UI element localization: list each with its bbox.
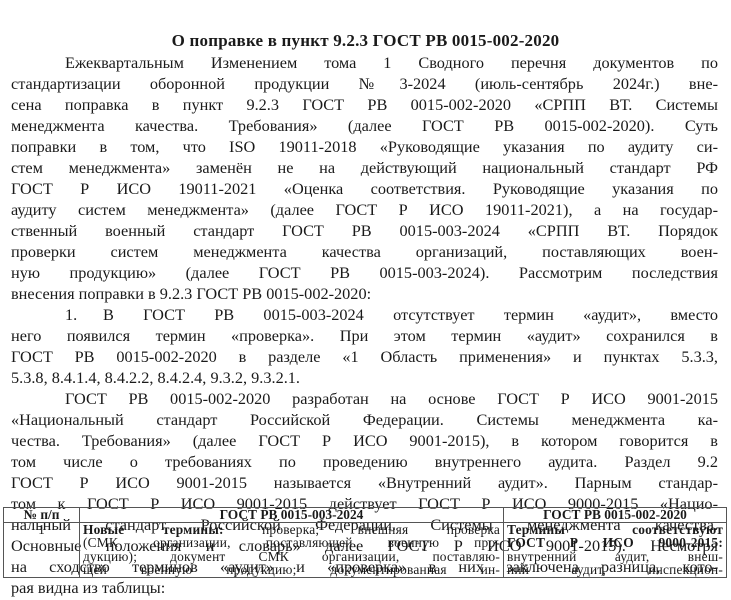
document-title: О поправке в пункт 9.2.3 ГОСТ РВ 0015-00…	[0, 31, 731, 51]
cell-line: Термины соответствуют	[507, 523, 723, 537]
cell-line: ний аудит, инспекцион-	[507, 563, 723, 577]
gost-003-cell: Новые термины: проверка; внешняя проверк…	[80, 522, 504, 577]
text-line: ную продукцию» (далее ГОСТ РВ 0015-003-2…	[11, 262, 718, 283]
text-line: менеджмента качества. Требования» (далее…	[11, 115, 718, 136]
gost-002-cell: Термины соответствуют ГОСТ Р ИСО 9000-20…	[504, 522, 727, 577]
cell-line: (СМК организации, поставляющей военную п…	[83, 536, 500, 550]
table-row: 1 Новые термины: проверка; внешняя прове…	[4, 522, 727, 577]
text-line: стандартизации оборонной продукции №3-20…	[11, 73, 718, 94]
text-line: 5.3.8, 8.4.1.4, 8.4.2.2, 8.4.2.4, 9.3.2,…	[11, 367, 718, 388]
document-page: О поправке в пункт 9.2.3 ГОСТ РВ 0015-00…	[0, 0, 731, 600]
text-line: ГОСТ Р ИСО 9001-2015 называется «Внутрен…	[11, 472, 718, 493]
text-line: Ежеквартальным Изменением тома 1 Сводног…	[11, 52, 718, 73]
header-number: № п/п	[4, 508, 80, 523]
cell-line: ГОСТ Р ИСО 9000-2015:	[507, 536, 723, 550]
text-line: ственный военный стандарт ГОСТ РВ 0015-0…	[11, 220, 718, 241]
text-line: него появился термин «проверка». При это…	[11, 325, 718, 346]
cell-line: Новые термины: проверка; внешняя проверк…	[83, 523, 500, 537]
text-line: чества. Требования» (далее ГОСТ Р ИСО 90…	[11, 430, 718, 451]
text-line: поправки в том, что ISO 19011-2018 «Руко…	[11, 136, 718, 157]
text-line: «Национальный стандарт Российской Федера…	[11, 409, 718, 430]
text-line: ГОСТ РВ 0015-002-2020 разработан на осно…	[11, 388, 718, 409]
text-line: 1.В ГОСТ РВ 0015-003-2024 отсутствует те…	[11, 304, 718, 325]
table-header-row: № п/п ГОСТ РВ 0015-003-2024 ГОСТ РВ 0015…	[4, 508, 727, 523]
text-line: проверки систем менеджмента качества орг…	[11, 241, 718, 262]
cell-line: внутренний аудит, внеш-	[507, 550, 723, 564]
cell-line: дукцию); документ СМК организации, поста…	[83, 550, 500, 564]
text-line: стем менеджмента» заменён не на действую…	[11, 157, 718, 178]
cell-line: щей военную продукцию; документированная…	[83, 563, 500, 577]
list-text: В ГОСТ РВ 0015-003-2024 отсутствует терм…	[103, 305, 718, 324]
header-gost-003: ГОСТ РВ 0015-003-2024	[80, 508, 504, 523]
text-line: том числе о требованиях по проведению вн…	[11, 451, 718, 472]
text-line: рая видна из таблицы:	[11, 577, 718, 598]
text-line: ГОСТ РВ 0015-002-2020 в разделе «1 Облас…	[11, 346, 718, 367]
list-number: 1.	[65, 304, 103, 325]
text-line: аудиту систем менеджмента» (далее ГОСТ Р…	[11, 199, 718, 220]
comparison-table: № п/п ГОСТ РВ 0015-003-2024 ГОСТ РВ 0015…	[3, 507, 727, 578]
header-gost-002: ГОСТ РВ 0015-002-2020	[504, 508, 727, 523]
text-line: сена поправка в пункт 9.2.3 ГОСТ РВ 0015…	[11, 94, 718, 115]
row-number: 1	[4, 522, 80, 577]
text-line: ГОСТ Р ИСО 19011-2021 «Оценка соответств…	[11, 178, 718, 199]
text-line: внесения поправки в 9.2.3 ГОСТ РВ 0015-0…	[11, 283, 718, 304]
